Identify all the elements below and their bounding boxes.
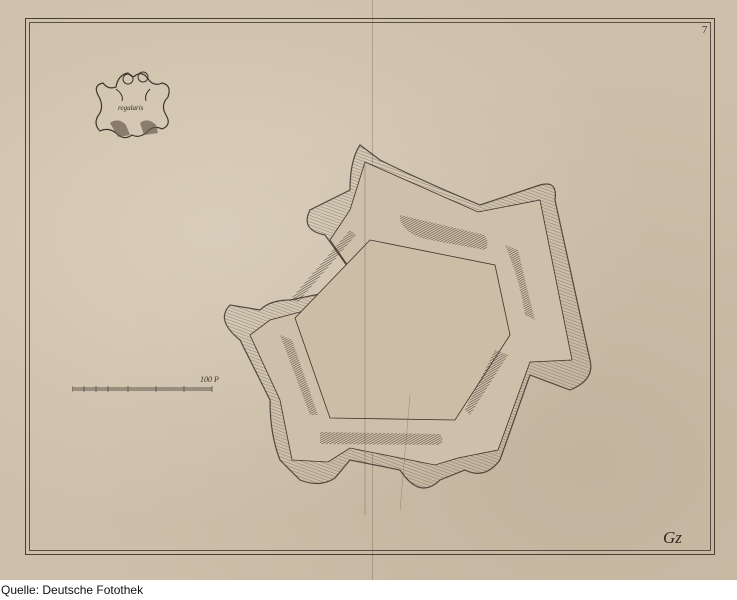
fortress-plan (200, 140, 620, 520)
cartouche-title: regularis (118, 104, 143, 112)
engraver-signature: Gz (663, 528, 682, 548)
engraving-sheet: 7 regularis 100 P (0, 0, 737, 580)
source-credit: Quelle: Deutsche Fotothek (1, 583, 143, 597)
plate-number: 7 (702, 24, 708, 36)
